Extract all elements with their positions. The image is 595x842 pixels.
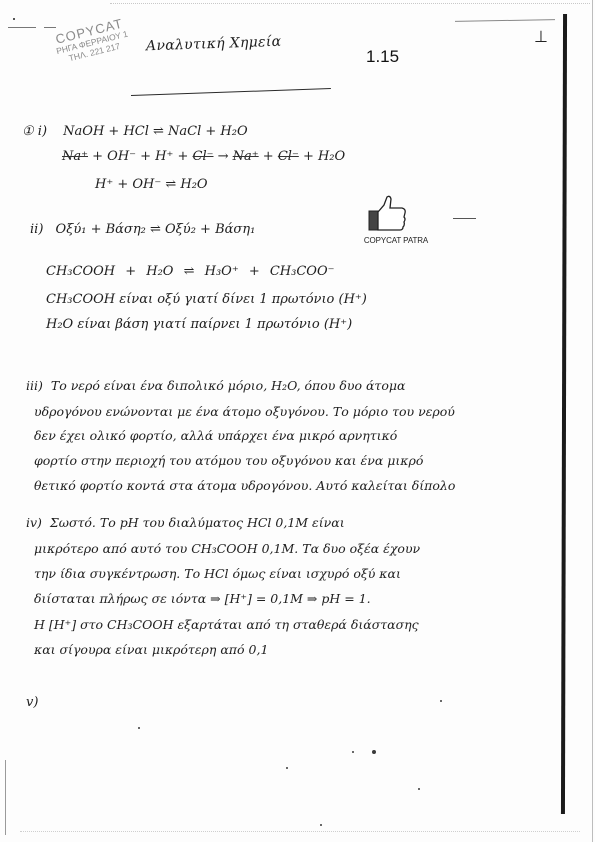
scan-mark	[453, 218, 476, 219]
copycat-logo: COPYCAT PATRA	[356, 195, 436, 251]
top-rule	[455, 19, 555, 22]
acetic-acid-equation: CH₃COOH + H₂O ⇌ H₃O⁺ + CH₃COO⁻	[46, 264, 334, 279]
logo-caption: COPYCAT PATRA	[356, 236, 436, 245]
page-edge-line-left	[5, 760, 6, 835]
scan-speck	[440, 700, 442, 702]
scan-speck	[372, 750, 376, 754]
section-iii-line: θετικό φορτίο κοντά στα άτομα υδρογόνου.…	[34, 478, 455, 493]
scan-mark	[13, 18, 15, 20]
title-underline	[131, 88, 331, 96]
section-iii-line: δεν έχει ολικό φορτίο, αλλά υπάρχει ένα …	[34, 428, 397, 443]
struck-ion: Na⁺	[62, 149, 88, 164]
page-edge-line	[592, 0, 593, 842]
section-iv-line: διίσταται πλήρως σε ιόντα ⇒ [H⁺] = 0,1M …	[34, 591, 371, 606]
section-iii-line: φορτίο στην περιοχή του ατόμου του οξυγό…	[34, 453, 423, 468]
scanned-page: COPYCAT ΡΗΓΑ ΦΕΡΡΑΙΟΥ 1 ΤΗΛ. 221 217 Ανα…	[0, 0, 595, 842]
page-mark: ⊥	[534, 27, 548, 46]
section-iv-line: Η [H⁺] στο CH₃COOH εξαρτάται από τη σταθ…	[34, 617, 419, 632]
base-explanation: H₂O είναι βάση γιατί παίρνει 1 πρωτόνιο …	[46, 317, 352, 332]
struck-ion: Na⁺	[233, 149, 259, 164]
scan-noise-top	[110, 3, 590, 5]
scan-speck	[138, 727, 140, 729]
section-label: iii)	[26, 378, 43, 393]
page-number: 1.15	[366, 47, 399, 67]
struck-ion: Cl⁻	[278, 149, 299, 164]
right-margin-line	[561, 14, 567, 814]
section-ii-heading: ii) Οξύ₁ + Βάση₂ ⇌ Οξύ₂ + Βάση₁	[30, 222, 255, 237]
section-iv-line: μικρότερο από αυτό του CH₃COOH 0,1M. Τα …	[34, 541, 420, 556]
section-label: ii)	[30, 222, 43, 237]
section-iv-line: την ίδια συγκέντρωση. Το HCl όμως είναι …	[34, 566, 401, 581]
scan-speck	[418, 788, 420, 790]
struck-ion: Cl⁻	[193, 149, 214, 164]
section-i-ionic-equation: Na⁺ + OH⁻ + H⁺ + Cl⁻ → Na⁺ + Cl⁻ + H₂O	[62, 149, 345, 164]
scan-mark	[8, 27, 36, 28]
section-v-label: v)	[26, 695, 38, 710]
section-label: iv)	[26, 515, 42, 530]
section-iii-line: υδρογόνου ενώνονται με ένα άτομο οξυγόνο…	[34, 404, 455, 419]
copyshop-stamp: COPYCAT ΡΗΓΑ ΦΕΡΡΑΙΟΥ 1 ΤΗΛ. 221 217	[42, 6, 142, 78]
acid-base-pairs: Οξύ₁ + Βάση₂ ⇌ Οξύ₂ + Βάση₁	[56, 222, 256, 237]
scan-speck	[352, 751, 354, 753]
document-title: Αναλυτική Χημεία	[146, 34, 282, 55]
scan-noise-bottom	[20, 831, 580, 833]
section-iv-line: iv) Σωστό. Το pH του διαλύματος HCl 0,1M…	[26, 515, 345, 530]
acid-explanation: CH₃COOH είναι οξύ γιατί δίνει 1 πρωτόνιο…	[46, 292, 367, 307]
section-i-equation: ① i) NaOH + HCl ⇌ NaCl + H₂O	[22, 124, 248, 139]
section-iii-line: iii) Το νερό είναι ένα διπολικό μόριο, H…	[26, 378, 405, 393]
section-iv-line: και σίγουρα είναι μικρότερη από 0,1	[34, 642, 268, 657]
thumbs-up-icon	[368, 195, 408, 233]
net-ionic-equation: H⁺ + OH⁻ ⇌ H₂O	[95, 177, 208, 192]
scan-speck	[286, 767, 288, 769]
scan-speck	[320, 824, 322, 826]
equation: NaOH + HCl ⇌ NaCl + H₂O	[63, 124, 247, 139]
section-label: ① i)	[22, 124, 47, 139]
